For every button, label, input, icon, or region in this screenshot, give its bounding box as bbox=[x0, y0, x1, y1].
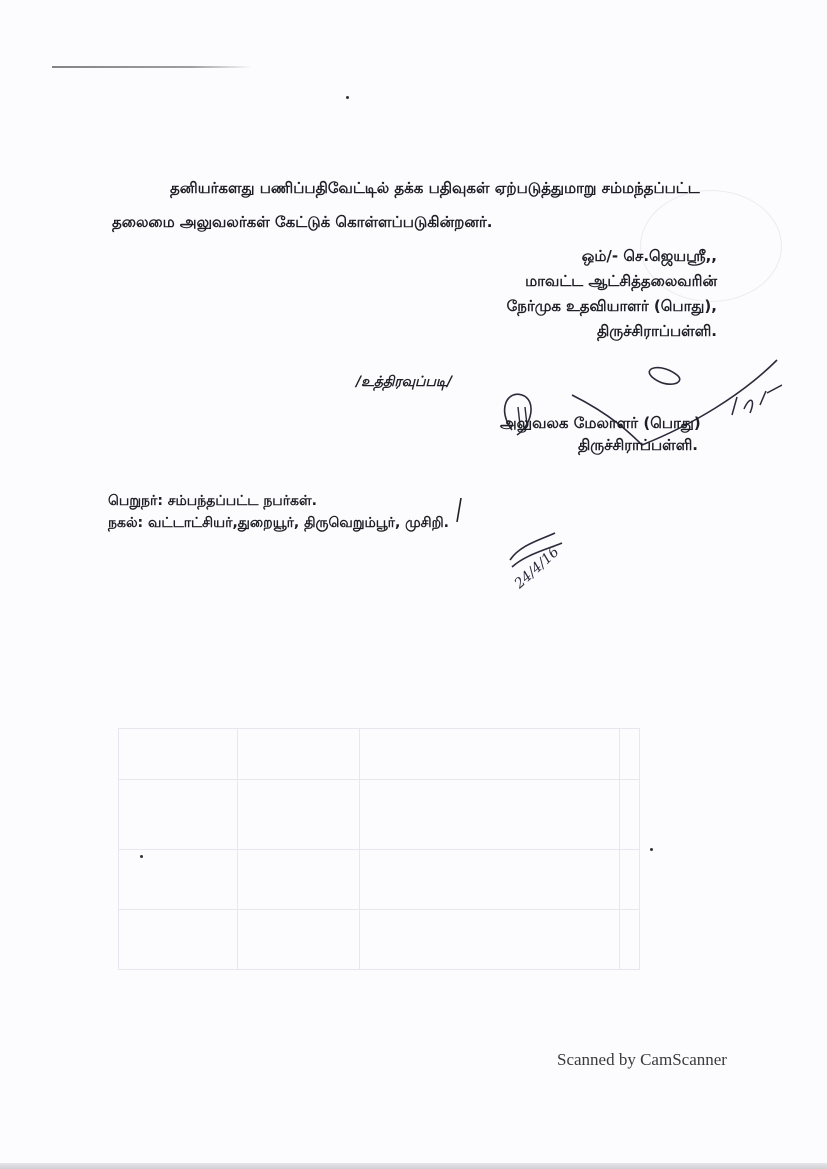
recipient-copy: நகல்: வட்டாட்சியர்,துறையூர், திருவெறும்ப… bbox=[108, 512, 449, 534]
scanner-watermark: Scanned by CamScanner bbox=[557, 1050, 727, 1070]
signatory-block: ஒம்/- செ.ஜெயஸ்ரீ,, மாவட்ட ஆட்சித்தலைவரின… bbox=[507, 244, 717, 344]
speck bbox=[346, 96, 349, 99]
order-copy-label: /உத்திரவுப்படி/ bbox=[356, 374, 452, 392]
recipient-to: பெறுநர்: சம்பந்தப்பட்ட நபர்கள். bbox=[108, 490, 449, 512]
speck bbox=[650, 848, 653, 851]
signatory-place: திருச்சிராப்பள்ளி. bbox=[507, 319, 717, 344]
bleed-through-table bbox=[118, 728, 640, 970]
signatory-title-1: மாவட்ட ஆட்சித்தலைவரின் bbox=[507, 269, 717, 294]
page-bottom-edge bbox=[0, 1163, 827, 1169]
scanned-document-page: தனியர்களது பணிப்பதிவேட்டில் தக்க பதிவுகள… bbox=[0, 0, 827, 1169]
speck bbox=[140, 855, 143, 858]
signatory-title-2: நேர்முக உதவியாளர் (பொது), bbox=[507, 294, 717, 319]
signatory-name: ஒம்/- செ.ஜெயஸ்ரீ,, bbox=[507, 244, 717, 269]
attesting-officer-place: திருச்சிராப்பள்ளி. bbox=[500, 434, 701, 456]
recipients-block: பெறுநர்: சம்பந்தப்பட்ட நபர்கள். நகல்: வட… bbox=[108, 490, 449, 534]
attesting-officer-block: அலுவலக மேலாளர் (பொது) திருச்சிராப்பள்ளி. bbox=[500, 412, 701, 456]
pen-stroke-icon bbox=[456, 498, 462, 522]
body-paragraph: தனியர்களது பணிப்பதிவேட்டில் தக்க பதிவுகள… bbox=[112, 171, 752, 239]
top-rule-line bbox=[52, 66, 252, 68]
attesting-officer-title: அலுவலக மேலாளர் (பொது) bbox=[500, 412, 701, 434]
